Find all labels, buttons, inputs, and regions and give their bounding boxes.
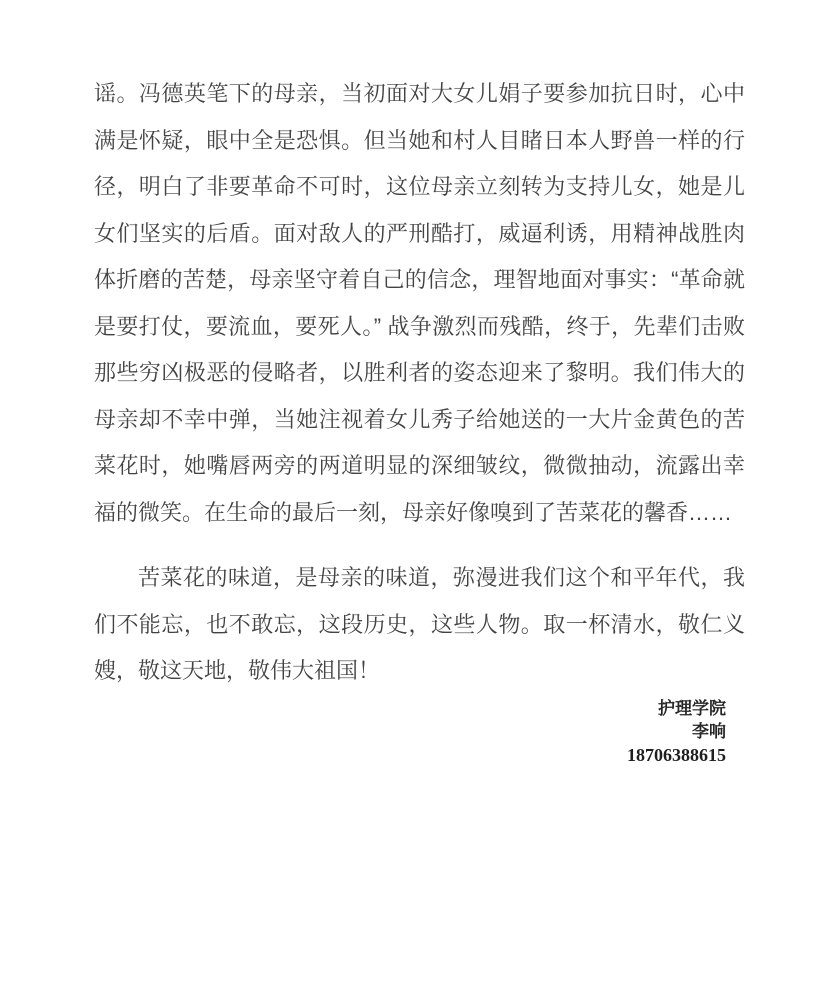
document-page: 谣。冯德英笔下的母亲，当初面对大女儿娟子要参加抗日时，心中满是怀疑，眼中全是恐惧… <box>0 0 832 1001</box>
signature-block: 护理学院 李响 18706388615 <box>94 697 745 768</box>
essay-content: 谣。冯德英笔下的母亲，当初面对大女儿娟子要参加抗日时，心中满是怀疑，眼中全是恐惧… <box>0 0 832 767</box>
signature-organization: 护理学院 <box>94 697 726 721</box>
signature-name: 李响 <box>94 720 726 744</box>
signature-phone: 18706388615 <box>94 744 726 768</box>
essay-paragraph-1: 谣。冯德英笔下的母亲，当初面对大女儿娟子要参加抗日时，心中满是怀疑，眼中全是恐惧… <box>94 71 745 536</box>
essay-paragraph-2: 苦菜花的味道，是母亲的味道，弥漫进我们这个和平年代，我们不能忘，也不敢忘，这段历… <box>94 555 745 695</box>
